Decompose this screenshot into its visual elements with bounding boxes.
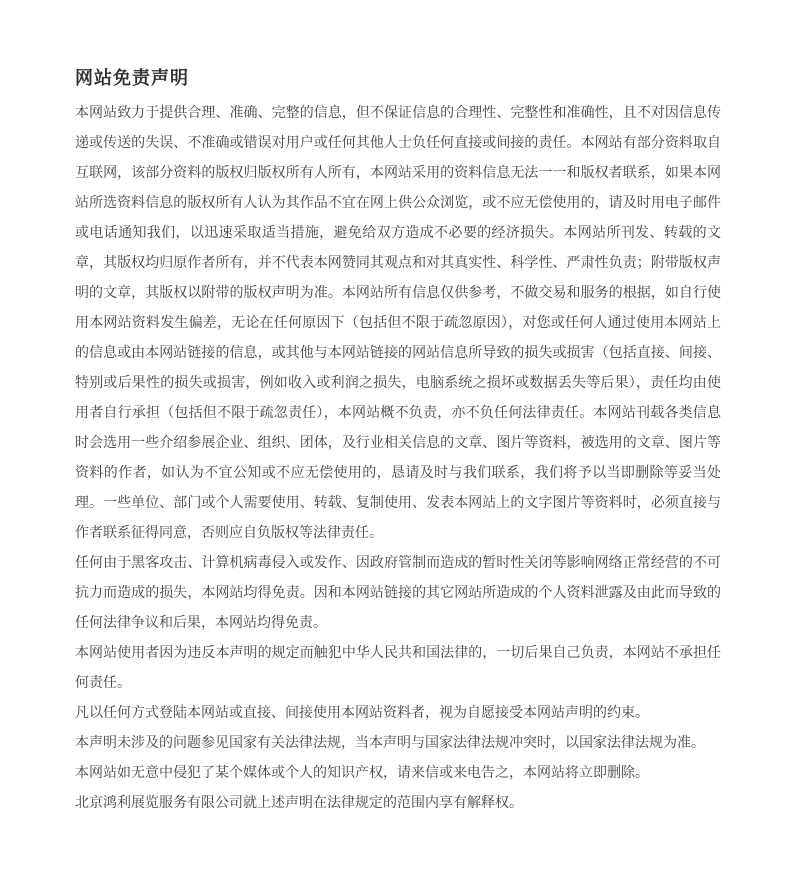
disclaimer-paragraph-force-majeure: 任何由于黑客攻击、计算机病毒侵入或发作、因政府管制而造成的暂时性关闭等影响网络正…: [75, 547, 721, 637]
disclaimer-paragraph-interpretation-right: 北京鸿利展览服务有限公司就上述声明在法律规定的范围内享有解释权。: [75, 787, 721, 817]
disclaimer-paragraph-acceptance: 凡以任何方式登陆本网站或直接、间接使用本网站资料者，视为自愿接受本网站声明的约束…: [75, 697, 721, 727]
disclaimer-paragraph-liability: 本网站致力于提供合理、准确、完整的信息，但不保证信息的合理性、完整性和准确性，且…: [75, 97, 721, 547]
disclaimer-paragraph-ip-removal: 本网站如无意中侵犯了某个媒体或个人的知识产权，请来信或来电告之，本网站将立即删除…: [75, 757, 721, 787]
disclaimer-paragraph-national-law: 本声明未涉及的问题参见国家有关法律法规，当本声明与国家法律法规冲突时，以国家法律…: [75, 727, 721, 757]
disclaimer-paragraph-law-violation: 本网站使用者因为违反本声明的规定而触犯中华人民共和国法律的，一切后果自己负责，本…: [75, 637, 721, 697]
disclaimer-content: 网站免责声明 本网站致力于提供合理、准确、完整的信息，但不保证信息的合理性、完整…: [75, 65, 721, 817]
disclaimer-page: 网站免责声明 本网站致力于提供合理、准确、完整的信息，但不保证信息的合理性、完整…: [0, 0, 800, 884]
page-title: 网站免责声明: [75, 65, 721, 91]
